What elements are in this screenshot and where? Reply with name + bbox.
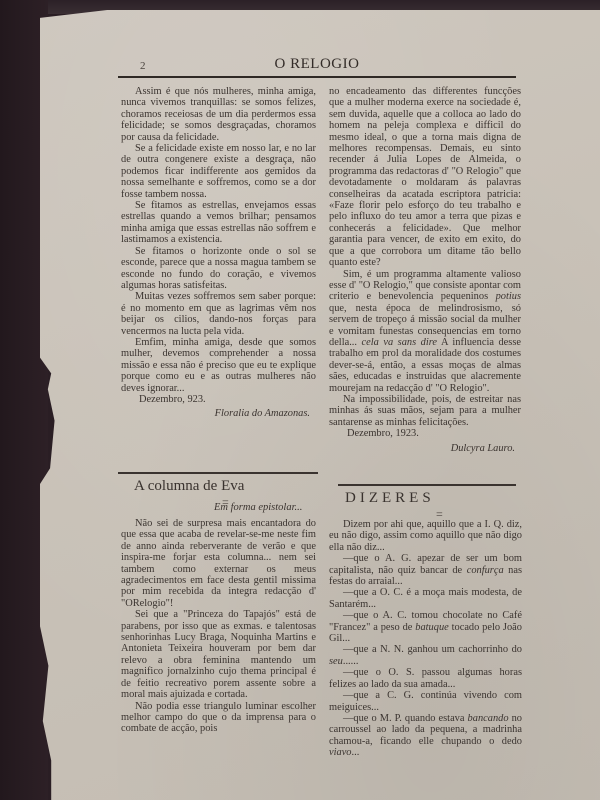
article-2-italic-term: potius: [496, 291, 521, 302]
article-2-date: Dezembro, 1923.: [329, 428, 521, 439]
item-text: —que o M. P. quando estava: [343, 713, 468, 724]
article-2-column: no encadeamento das differentes funcções…: [329, 86, 521, 454]
masthead-title: O RELOGIO: [118, 56, 516, 73]
article-3-paragraph: Sei que a "Princeza do Tapajós" está de …: [121, 609, 316, 700]
article-1-paragraph: Assim é que nós mulheres, minha amiga, n…: [121, 86, 316, 143]
article-1-paragraph: Se fitamos o horizonte onde o sol se esc…: [121, 246, 316, 292]
item-italic: batuque: [415, 622, 448, 633]
article-2-text: Sim, é um programma altamente valioso es…: [329, 269, 521, 303]
article-4-item: —que o M. P. quando estava bancando no c…: [329, 713, 522, 759]
article-1-paragraph: Muitas vezes soffremos sem saber porque:…: [121, 291, 316, 337]
item-text: ......: [343, 656, 359, 667]
item-text: ...: [352, 747, 360, 758]
item-italic: confurça: [467, 565, 504, 576]
article-3-column: Não sei de surpresa mais encantadora do …: [121, 518, 316, 735]
article-1-paragraph: Se fitamos as estrellas, envejamos essas…: [121, 200, 316, 246]
article-1-paragraph: Se a felicidade existe em nosso lar, e n…: [121, 143, 316, 200]
article-3-title: A columna de Eva: [134, 478, 244, 495]
header-rule: [118, 76, 516, 78]
article-4-item: —que a N. N. ganhou um cachorrinho do se…: [329, 644, 522, 667]
section-rule-left: [118, 472, 318, 474]
item-italic: seu: [329, 656, 343, 667]
article-3-paragraph: Não podia esse triangulo luminar escolhe…: [121, 701, 316, 735]
article-4-item: —que a O. C. é a moça mais modesta, de S…: [329, 587, 522, 610]
article-4-intro: Dizem por ahi que, aquillo que a I. Q. d…: [329, 519, 522, 553]
article-2-paragraph: no encadeamento das differentes funcções…: [329, 86, 521, 269]
article-4-item: —que a C. G. continúa vivendo com meigui…: [329, 690, 522, 713]
item-italic: viavo: [329, 747, 352, 758]
article-1-paragraph: Emfim, minha amiga, desde que somos mulh…: [121, 337, 316, 394]
page-header: 2 O RELOGIO: [118, 56, 516, 78]
article-3-subtitle: Em forma epistolar...: [214, 502, 302, 513]
article-2-paragraph: Na impossibilidade, pois, de estreitar n…: [329, 394, 521, 428]
article-2-signature: Dulcyra Lauro.: [329, 443, 515, 454]
item-italic: bancando: [468, 713, 509, 724]
article-1-date: Dezembro, 923.: [121, 394, 316, 405]
article-4-column: Dizem por ahi que, aquillo que a I. Q. d…: [329, 519, 522, 759]
item-text: —que o O. S. passou algumas horas felize…: [329, 667, 522, 689]
article-4-item: —que o A. G. apezar de ser um bom capita…: [329, 553, 522, 587]
article-1-column: Assim é que nós mulheres, minha amiga, n…: [121, 86, 316, 420]
article-2-italic-phrase: cela va sans dire: [362, 337, 438, 348]
item-text: —que a C. G. continúa vivendo com meigui…: [329, 690, 522, 712]
ornament-equals: =: [436, 509, 443, 519]
article-4-title: DIZERES: [345, 490, 435, 507]
article-1-signature: Floralia do Amazonas.: [121, 408, 310, 419]
section-rule-right: [338, 484, 516, 486]
item-text: —que a O. C. é a moça mais modesta, de S…: [329, 587, 522, 609]
article-4-item: —que o O. S. passou algumas horas felize…: [329, 667, 522, 690]
article-4-item: —que o A. C. tomou chocolate no Café "Fr…: [329, 610, 522, 644]
article-2-paragraph: Sim, é um programma altamente valioso es…: [329, 269, 521, 394]
item-text: —que a N. N. ganhou um cachorrinho do: [343, 644, 522, 655]
article-3-paragraph: Não sei de surpresa mais encantadora do …: [121, 518, 316, 609]
